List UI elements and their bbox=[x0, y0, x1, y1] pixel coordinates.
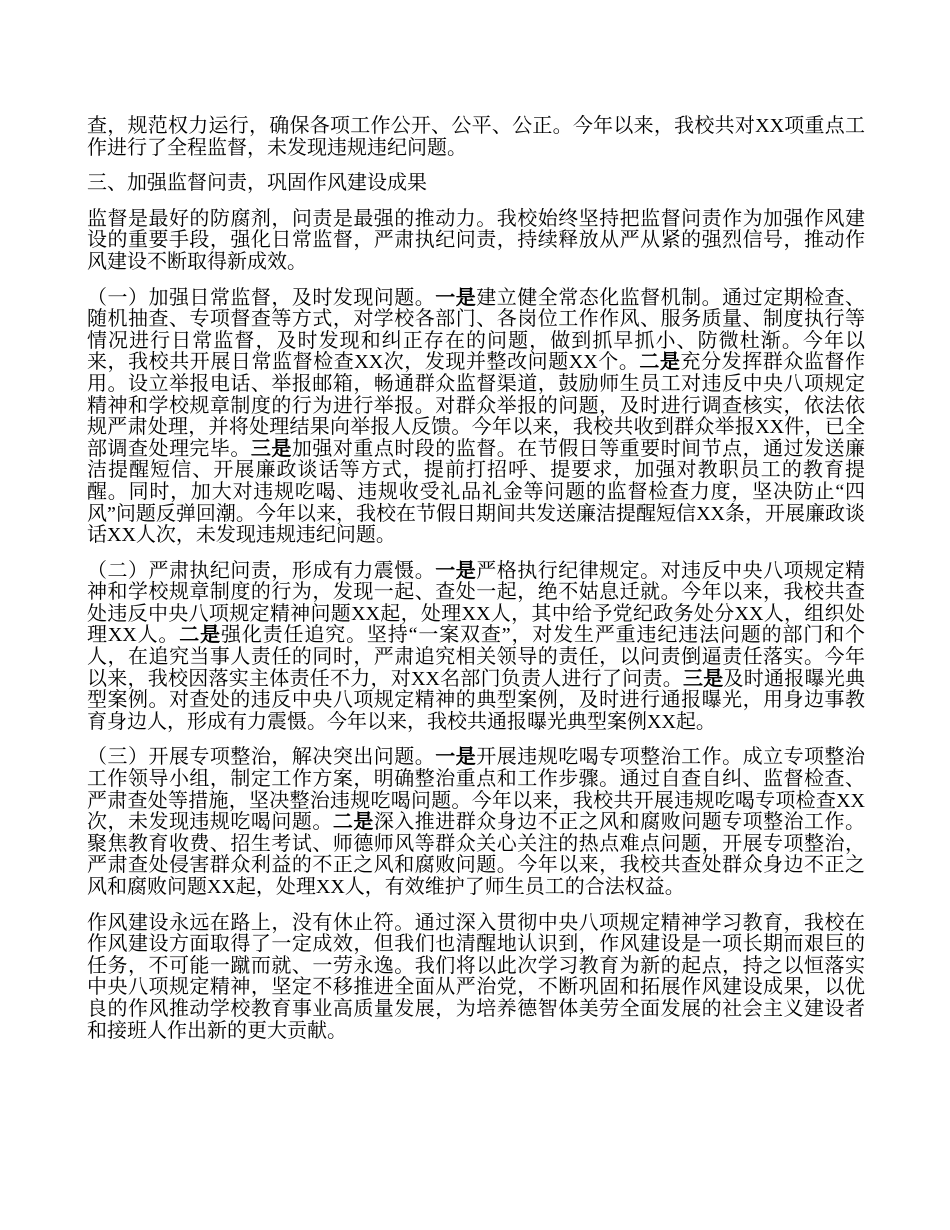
text-run: 三、加强监督问责，巩固作风建设成果 bbox=[87, 172, 427, 194]
paragraph-continuation: 查，规范权力运行，确保各项工作公开、公平、公正。今年以来，我校共对XX项重点工作… bbox=[87, 116, 865, 159]
text-run: （一）加强日常监督，及时发现问题。 bbox=[87, 287, 435, 309]
bold-text-run: 一是 bbox=[435, 560, 476, 582]
text-run: 监督是最好的防腐剂，问责是最强的推动力。我校始终坚持把监督问责作为加强作风建设的… bbox=[87, 208, 865, 273]
bold-text-run: 一是 bbox=[435, 287, 476, 309]
paragraph-section-intro: 监督是最好的防腐剂，问责是最强的推动力。我校始终坚持把监督问责作为加强作风建设的… bbox=[87, 209, 865, 274]
text-run: （三）开展专项整治，解决突出问题。 bbox=[87, 746, 435, 768]
bold-text-run: 三是 bbox=[683, 668, 724, 690]
paragraph-subsection-1: （一）加强日常监督，及时发现问题。一是建立健全常态化监督机制。通过定期检查、随机… bbox=[87, 288, 865, 547]
bold-text-run: 一是 bbox=[435, 746, 476, 768]
bold-text-run: 三是 bbox=[251, 438, 292, 460]
text-run: 查，规范权力运行，确保各项工作公开、公平、公正。今年以来，我校共对XX项重点工作… bbox=[87, 115, 865, 159]
paragraph-subsection-3: （三）开展专项整治，解决突出问题。一是开展违规吃喝专项整治工作。成立专项整治工作… bbox=[87, 747, 865, 898]
bold-text-run: 二是 bbox=[639, 351, 680, 373]
paragraph-subsection-2: （二）严肃执纪问责，形成有力震慑。一是严格执行纪律规定。对违反中央八项规定精神和… bbox=[87, 561, 865, 734]
text-run: 作风建设永远在路上，没有休止符。通过深入贯彻中央八项规定精神学习教育，我校在作风… bbox=[87, 912, 865, 1042]
section-heading-three: 三、加强监督问责，巩固作风建设成果 bbox=[87, 173, 865, 195]
bold-text-run: 二是 bbox=[333, 811, 374, 833]
document-page: 查，规范权力运行，确保各项工作公开、公平、公正。今年以来，我校共对XX项重点工作… bbox=[0, 0, 950, 1230]
paragraph-conclusion: 作风建设永远在路上，没有休止符。通过深入贯彻中央八项规定精神学习教育，我校在作风… bbox=[87, 913, 865, 1043]
bold-text-run: 二是 bbox=[179, 624, 221, 646]
text-run: （二）严肃执纪问责，形成有力震慑。 bbox=[87, 560, 435, 582]
